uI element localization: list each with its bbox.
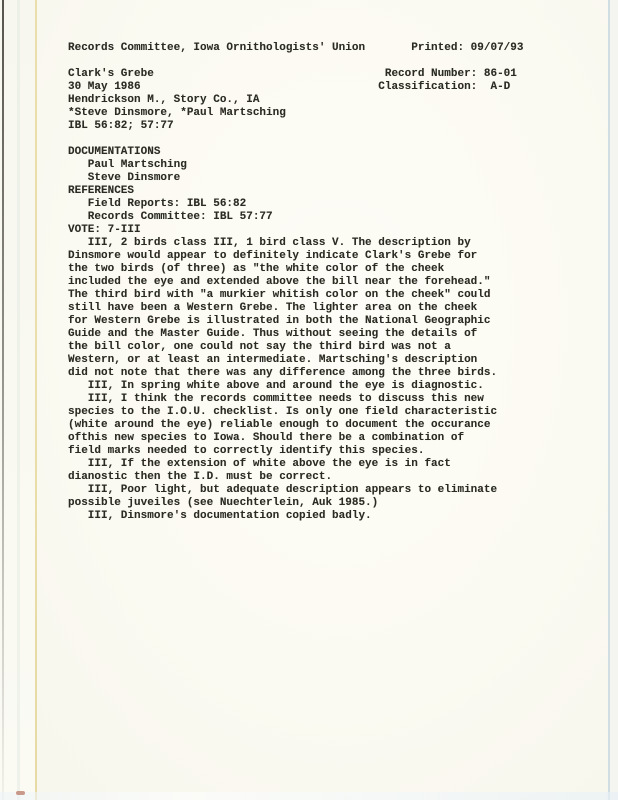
page-fold-line [35,0,37,800]
page-right-edge-line [608,0,610,800]
scan-bottom-edge [0,792,618,800]
scanned-document-page: Records Committee, Iowa Ornithologists' … [0,0,618,800]
scan-margin-streak [17,0,20,800]
scan-artifact-smudge [16,791,25,795]
document-text: Records Committee, Iowa Ornithologists' … [68,42,523,523]
scan-right-margin [610,0,618,800]
scan-left-edge-line [2,0,4,800]
